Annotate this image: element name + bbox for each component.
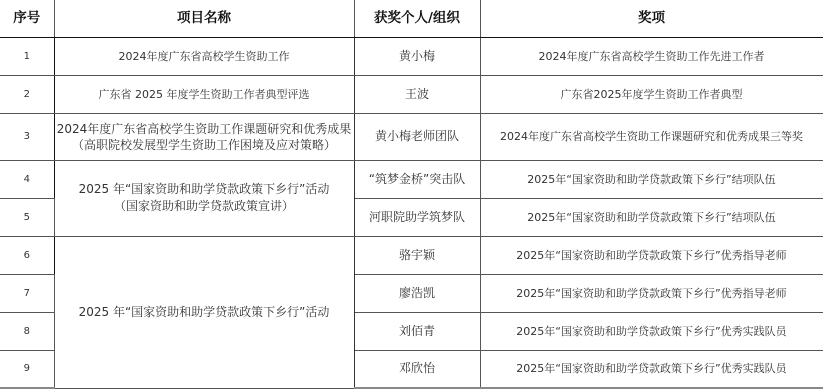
row-index: 6 (0, 236, 54, 274)
awards-table: 序号 项目名称 获奖个人/组织 奖项 1 2024年度广东省高校学生资助工作 黄… (0, 0, 823, 389)
winner-name: 黄小梅 (354, 37, 480, 75)
project-name: 2024年度广东省高校学生资助工作课题研究和优秀成果（高职院校发展型学生资助工作… (54, 113, 354, 160)
project-name-line1: 2025 年“国家资助和助学贷款政策下乡行”活动 (57, 181, 352, 198)
header-award: 奖项 (480, 0, 823, 37)
award-name: 2025年“国家资助和助学贷款政策下乡行”优秀指导老师 (480, 274, 823, 312)
row-index: 5 (0, 198, 54, 236)
winner-name: 邓欣怡 (354, 350, 480, 388)
row-index: 8 (0, 312, 54, 350)
header-project-name: 项目名称 (54, 0, 354, 37)
project-name-line2: （国家资助和助学贷款政策宣讲） (57, 198, 352, 215)
table-row: 4 2025 年“国家资助和助学贷款政策下乡行”活动 （国家资助和助学贷款政策宣… (0, 160, 823, 198)
award-name: 2025年“国家资助和助学贷款政策下乡行”优秀实践队员 (480, 312, 823, 350)
header-index: 序号 (0, 0, 54, 37)
winner-name: 骆宇颖 (354, 236, 480, 274)
award-name: 广东省2025年度学生资助工作者典型 (480, 75, 823, 113)
winner-name: 王波 (354, 75, 480, 113)
row-index: 2 (0, 75, 54, 113)
project-name: 广东省 2025 年度学生资助工作者典型评选 (54, 75, 354, 113)
award-name: 2024年度广东省高校学生资助工作课题研究和优秀成果三等奖 (480, 113, 823, 160)
row-index: 7 (0, 274, 54, 312)
row-index: 9 (0, 350, 54, 388)
award-name: 2025年“国家资助和助学贷款政策下乡行”优秀指导老师 (480, 236, 823, 274)
project-name-merged: 2025 年“国家资助和助学贷款政策下乡行”活动 (54, 236, 354, 388)
award-name: 2024年度广东省高校学生资助工作先进工作者 (480, 37, 823, 75)
winner-name: 廖浩凯 (354, 274, 480, 312)
award-name: 2025年“国家资助和助学贷款政策下乡行”结项队伍 (480, 160, 823, 198)
award-name: 2025年“国家资助和助学贷款政策下乡行”结项队伍 (480, 198, 823, 236)
table-row: 2 广东省 2025 年度学生资助工作者典型评选 王波 广东省2025年度学生资… (0, 75, 823, 113)
project-name-merged: 2025 年“国家资助和助学贷款政策下乡行”活动 （国家资助和助学贷款政策宣讲） (54, 160, 354, 236)
table-row: 3 2024年度广东省高校学生资助工作课题研究和优秀成果（高职院校发展型学生资助… (0, 113, 823, 160)
row-index: 4 (0, 160, 54, 198)
table-row: 1 2024年度广东省高校学生资助工作 黄小梅 2024年度广东省高校学生资助工… (0, 37, 823, 75)
header-winner: 获奖个人/组织 (354, 0, 480, 37)
project-name: 2024年度广东省高校学生资助工作 (54, 37, 354, 75)
row-index: 1 (0, 37, 54, 75)
winner-name: 河职院助学筑梦队 (354, 198, 480, 236)
table-header-row: 序号 项目名称 获奖个人/组织 奖项 (0, 0, 823, 37)
table-row: 6 2025 年“国家资助和助学贷款政策下乡行”活动 骆宇颖 2025年“国家资… (0, 236, 823, 274)
winner-name: 黄小梅老师团队 (354, 113, 480, 160)
row-index: 3 (0, 113, 54, 160)
award-name: 2025年“国家资助和助学贷款政策下乡行”优秀实践队员 (480, 350, 823, 388)
winner-name: 刘佰青 (354, 312, 480, 350)
winner-name: “筑梦金桥”突击队 (354, 160, 480, 198)
